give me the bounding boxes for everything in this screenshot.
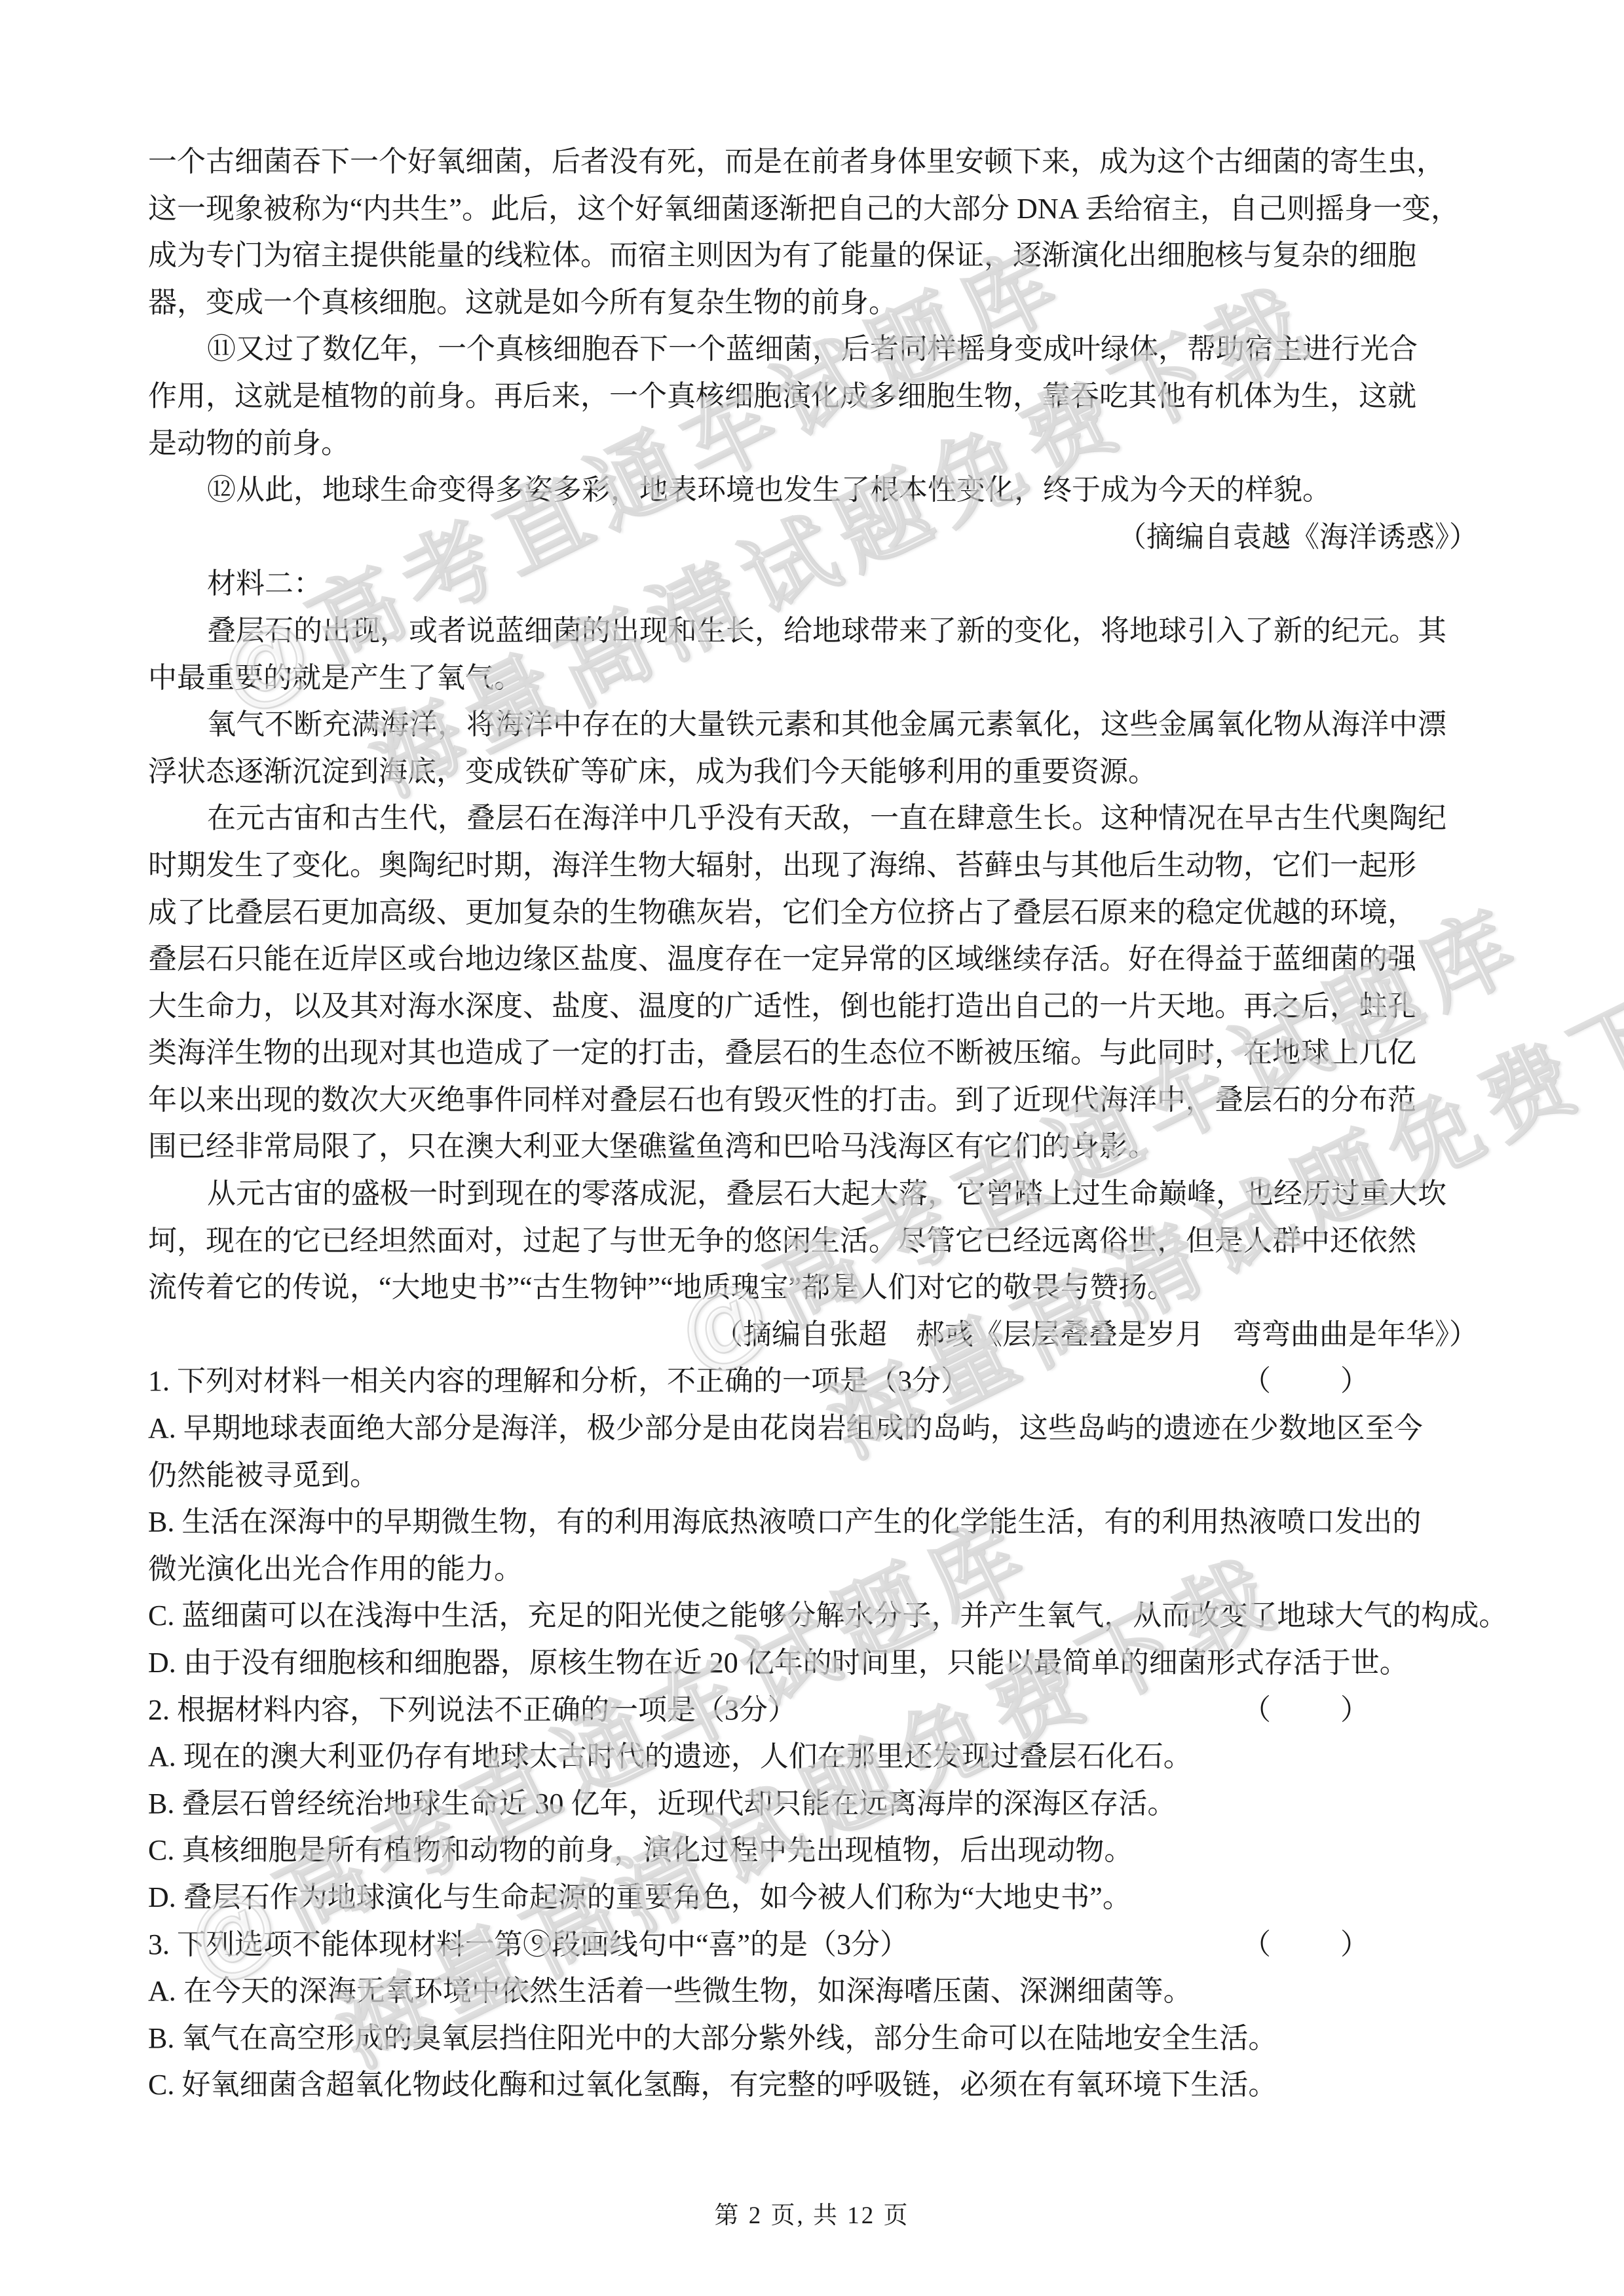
body-line: 时期发生了变化。奥陶纪时期，海洋生物大辐射，出现了海绵、苔藓虫与其他后生动物，它…: [148, 842, 1478, 889]
option-line: 微光演化出光合作用的能力。: [148, 1546, 1478, 1593]
option-line: A. 现在的澳大利亚仍存有地球太古时代的遗迹，人们在那里还发现过叠层石化石。: [148, 1733, 1478, 1780]
body-line: 类海洋生物的出现对其也造成了一定的打击，叠层石的生态位不断被压缩。与此同时，在地…: [148, 1029, 1478, 1077]
line-text: （摘编自袁越《海洋诱惑》）: [1118, 521, 1478, 553]
question-line: 3. 下列选项不能体现材料一第⑨段画线句中“喜”的是（3分）（ ）: [148, 1921, 1478, 1968]
line-text: D. 由于没有细胞核和细胞器，原核生物在近 20 亿年的时间里，只能以最简单的细…: [148, 1647, 1408, 1679]
exam-page: 一个古细菌吞下一个好氧细菌，后者没有死，而是在前者身体里安顿下来，成为这个古细菌…: [0, 0, 1624, 2296]
body-line: 这一现象被称为“内共生”。此后，这个好氧细菌逐渐把自己的大部分 DNA 丢给宿主…: [148, 185, 1478, 233]
body-line: 是动物的前身。: [148, 420, 1478, 467]
line-text: 1. 下列对材料一相关内容的理解和分析，不正确的一项是（3分）: [148, 1358, 970, 1405]
body-line: 从元古宙的盛极一时到现在的零落成泥，叠层石大起大落，它曾踏上过生命巅峰，也经历过…: [148, 1170, 1478, 1217]
citation-line: （摘编自张超 郝彧《层层叠叠是岁月 弯弯曲曲是年华》）: [148, 1311, 1478, 1358]
question-line: 1. 下列对材料一相关内容的理解和分析，不正确的一项是（3分）（ ）: [148, 1358, 1478, 1405]
line-text: （摘编自张超 郝彧《层层叠叠是岁月 弯弯曲曲是年华》）: [714, 1318, 1478, 1350]
page-footer: 第 2 页, 共 12 页: [0, 2195, 1624, 2230]
body-line: 中最重要的就是产生了氧气。: [148, 655, 1478, 702]
line-text: D. 叠层石作为地球演化与生命起源的重要角色，如今被人们称为“大地史书”。: [148, 1881, 1131, 1913]
option-line: A. 在今天的深海无氧环境中依然生活着一些微生物，如深海嗜压菌、深渊细菌等。: [148, 1968, 1478, 2015]
line-text: ⑫从此，地球生命变得多姿多彩，地表环境也发生了根本性变化，终于成为今天的样貌。: [207, 474, 1331, 506]
option-line: B. 生活在深海中的早期微生物，有的利用海底热液喷口产生的化学能生活，有的利用热…: [148, 1499, 1478, 1546]
line-text: C. 蓝细菌可以在浅海中生活，充足的阳光使之能够分解水分子，并产生氧气，从而改变…: [148, 1599, 1507, 1632]
answer-bracket: （ ）: [1242, 1921, 1373, 1968]
line-text: 2. 根据材料内容，下列说法不正确的一项是（3分）: [148, 1687, 797, 1734]
body-line: 在元古宙和古生代，叠层石在海洋中几乎没有天敌，一直在肆意生长。这种情况在早古生代…: [148, 795, 1478, 842]
body-line: 氧气不断充满海洋，将海洋中存在的大量铁元素和其他金属元素氧化，这些金属氧化物从海…: [148, 701, 1478, 748]
body-line: 年以来出现的数次大灭绝事件同样对叠层石也有毁灭性的打击。到了近现代海洋中，叠层石…: [148, 1077, 1478, 1124]
line-text: A. 早期地球表面绝大部分是海洋，极少部分是由花岗岩组成的岛屿，这些岛屿的遗迹在…: [148, 1412, 1423, 1444]
option-line: C. 蓝细菌可以在浅海中生活，充足的阳光使之能够分解水分子，并产生氧气，从而改变…: [148, 1592, 1478, 1639]
line-text: C. 真核细胞是所有植物和动物的前身，演化过程中先出现植物，后出现动物。: [148, 1834, 1133, 1866]
line-text: A. 现在的澳大利亚仍存有地球太古时代的遗迹，人们在那里还发现过叠层石化石。: [148, 1740, 1192, 1772]
line-text: 材料二：: [207, 567, 322, 600]
body-line: 围已经非常局限了，只在澳大利亚大堡礁鲨鱼湾和巴哈马浅海区有它们的身影。: [148, 1123, 1478, 1170]
body-line: 成为专门为宿主提供能量的线粒体。而宿主则因为有了能量的保证，逐渐演化出细胞核与复…: [148, 232, 1478, 279]
body-line: 流传着它的传说，“大地史书”“古生物钟”“地质瑰宝”都是人们对它的敬畏与赞扬。: [148, 1264, 1478, 1311]
line-text: B. 叠层石曾经统治地球生命近 30 亿年，近现代却只能在远离海岸的深海区存活。: [148, 1788, 1176, 1820]
option-line: C. 好氧细菌含超氧化物歧化酶和过氧化氢酶，有完整的呼吸链，必须在有氧环境下生活…: [148, 2061, 1478, 2109]
line-text: 从元古宙的盛极一时到现在的零落成泥，叠层石大起大落，它曾踏上过生命巅峰，也经历过…: [207, 1177, 1446, 1210]
body-line: 叠层石的出现，或者说蓝细菌的出现和生长，给地球带来了新的变化，将地球引入了新的纪…: [148, 607, 1478, 655]
option-line: A. 早期地球表面绝大部分是海洋，极少部分是由花岗岩组成的岛屿，这些岛屿的遗迹在…: [148, 1405, 1478, 1452]
body-line: 器，变成一个真核细胞。这就是如今所有复杂生物的前身。: [148, 279, 1478, 326]
option-line: C. 真核细胞是所有植物和动物的前身，演化过程中先出现植物，后出现动物。: [148, 1827, 1478, 1874]
option-line: B. 氧气在高空形成的臭氧层挡住阳光中的大部分紫外线，部分生命可以在陆地安全生活…: [148, 2015, 1478, 2062]
heading-line: 材料二：: [148, 560, 1478, 607]
option-line: 仍然能被寻觅到。: [148, 1452, 1478, 1499]
line-text: 在元古宙和古生代，叠层石在海洋中几乎没有天敌，一直在肆意生长。这种情况在早古生代…: [207, 802, 1446, 834]
body-line: 叠层石只能在近岸区或台地边缘区盐度、温度存在一定异常的区域继续存活。好在得益于蓝…: [148, 936, 1478, 983]
line-text: 坷，现在的它已经坦然面对，过起了与世无争的悠闲生活。尽管它已经远离俗世，但是人群…: [148, 1225, 1416, 1257]
body-line: ⑫从此，地球生命变得多姿多彩，地表环境也发生了根本性变化，终于成为今天的样貌。: [148, 467, 1478, 514]
question-line: 2. 根据材料内容，下列说法不正确的一项是（3分）（ ）: [148, 1687, 1478, 1734]
option-line: D. 叠层石作为地球演化与生命起源的重要角色，如今被人们称为“大地史书”。: [148, 1874, 1478, 1921]
line-text: 叠层石的出现，或者说蓝细菌的出现和生长，给地球带来了新的变化，将地球引入了新的纪…: [207, 615, 1446, 647]
line-text: 一个古细菌吞下一个好氧细菌，后者没有死，而是在前者身体里安顿下来，成为这个古细菌…: [148, 145, 1445, 178]
body-line: ⑪又过了数亿年，一个真核细胞吞下一个蓝细菌，后者同样摇身变成叶绿体，帮助宿主进行…: [148, 326, 1478, 373]
line-text: 类海洋生物的出现对其也造成了一定的打击，叠层石的生态位不断被压缩。与此同时，在地…: [148, 1037, 1416, 1069]
line-text: 这一现象被称为“内共生”。此后，这个好氧细菌逐渐把自己的大部分 DNA 丢给宿主…: [148, 193, 1460, 225]
line-text: 年以来出现的数次大灭绝事件同样对叠层石也有毁灭性的打击。到了近现代海洋中，叠层石…: [148, 1084, 1416, 1116]
line-text: 器，变成一个真核细胞。这就是如今所有复杂生物的前身。: [148, 286, 897, 318]
line-text: 氧气不断充满海洋，将海洋中存在的大量铁元素和其他金属元素氧化，这些金属氧化物从海…: [207, 708, 1446, 740]
body-line: 成了比叠层石更加高级、更加复杂的生物礁灰岩，它们全方位挤占了叠层石原来的稳定优越…: [148, 889, 1478, 936]
line-text: 大生命力，以及其对海水深度、盐度、温度的广适性，倒也能打造出自己的一片天地。再之…: [148, 990, 1416, 1022]
line-text: 围已经非常局限了，只在澳大利亚大堡礁鲨鱼湾和巴哈马浅海区有它们的身影。: [148, 1130, 1157, 1162]
answer-bracket: （ ）: [1242, 1687, 1373, 1734]
citation-line: （摘编自袁越《海洋诱惑》）: [148, 514, 1478, 561]
document-body: 一个古细菌吞下一个好氧细菌，后者没有死，而是在前者身体里安顿下来，成为这个古细菌…: [148, 138, 1478, 2109]
line-text: B. 氧气在高空形成的臭氧层挡住阳光中的大部分紫外线，部分生命可以在陆地安全生活…: [148, 2022, 1277, 2054]
body-line: 一个古细菌吞下一个好氧细菌，后者没有死，而是在前者身体里安顿下来，成为这个古细菌…: [148, 138, 1478, 185]
line-text: 仍然能被寻觅到。: [148, 1459, 379, 1491]
line-text: B. 生活在深海中的早期微生物，有的利用海底热液喷口产生的化学能生活，有的利用热…: [148, 1506, 1421, 1538]
line-text: 浮状态逐渐沉淀到海底，变成铁矿等矿床，成为我们今天能够利用的重要资源。: [148, 756, 1157, 788]
line-text: 作用，这就是植物的前身。再后来，一个真核细胞演化成多细胞生物，靠吞吃其他有机体为…: [148, 380, 1416, 412]
body-line: 坷，现在的它已经坦然面对，过起了与世无争的悠闲生活。尽管它已经远离俗世，但是人群…: [148, 1217, 1478, 1265]
line-text: 3. 下列选项不能体现材料一第⑨段画线句中“喜”的是（3分）: [148, 1921, 909, 1968]
answer-bracket: （ ）: [1242, 1358, 1373, 1405]
line-text: C. 好氧细菌含超氧化物歧化酶和过氧化氢酶，有完整的呼吸链，必须在有氧环境下生活…: [148, 2069, 1277, 2101]
line-text: 成为专门为宿主提供能量的线粒体。而宿主则因为有了能量的保证，逐渐演化出细胞核与复…: [148, 239, 1416, 271]
page-number: 第 2 页, 共 12 页: [715, 2202, 910, 2229]
line-text: 中最重要的就是产生了氧气。: [148, 662, 523, 694]
line-text: 是动物的前身。: [148, 427, 350, 459]
option-line: B. 叠层石曾经统治地球生命近 30 亿年，近现代却只能在远离海岸的深海区存活。: [148, 1780, 1478, 1827]
line-text: 叠层石只能在近岸区或台地边缘区盐度、温度存在一定异常的区域继续存活。好在得益于蓝…: [148, 943, 1416, 975]
line-text: 成了比叠层石更加高级、更加复杂的生物礁灰岩，它们全方位挤占了叠层石原来的稳定优越…: [148, 896, 1416, 928]
body-line: 大生命力，以及其对海水深度、盐度、温度的广适性，倒也能打造出自己的一片天地。再之…: [148, 983, 1478, 1030]
body-line: 作用，这就是植物的前身。再后来，一个真核细胞演化成多细胞生物，靠吞吃其他有机体为…: [148, 373, 1478, 420]
line-text: ⑪又过了数亿年，一个真核细胞吞下一个蓝细菌，后者同样摇身变成叶绿体，帮助宿主进行…: [207, 333, 1418, 365]
option-line: D. 由于没有细胞核和细胞器，原核生物在近 20 亿年的时间里，只能以最简单的细…: [148, 1639, 1478, 1687]
line-text: 时期发生了变化。奥陶纪时期，海洋生物大辐射，出现了海绵、苔藓虫与其他后生动物，它…: [148, 849, 1416, 881]
line-text: A. 在今天的深海无氧环境中依然生活着一些微生物，如深海嗜压菌、深渊细菌等。: [148, 1975, 1192, 2007]
body-line: 浮状态逐渐沉淀到海底，变成铁矿等矿床，成为我们今天能够利用的重要资源。: [148, 748, 1478, 795]
line-text: 流传着它的传说，“大地史书”“古生物钟”“地质瑰宝”都是人们对它的敬畏与赞扬。: [148, 1271, 1176, 1303]
line-text: 微光演化出光合作用的能力。: [148, 1553, 523, 1585]
